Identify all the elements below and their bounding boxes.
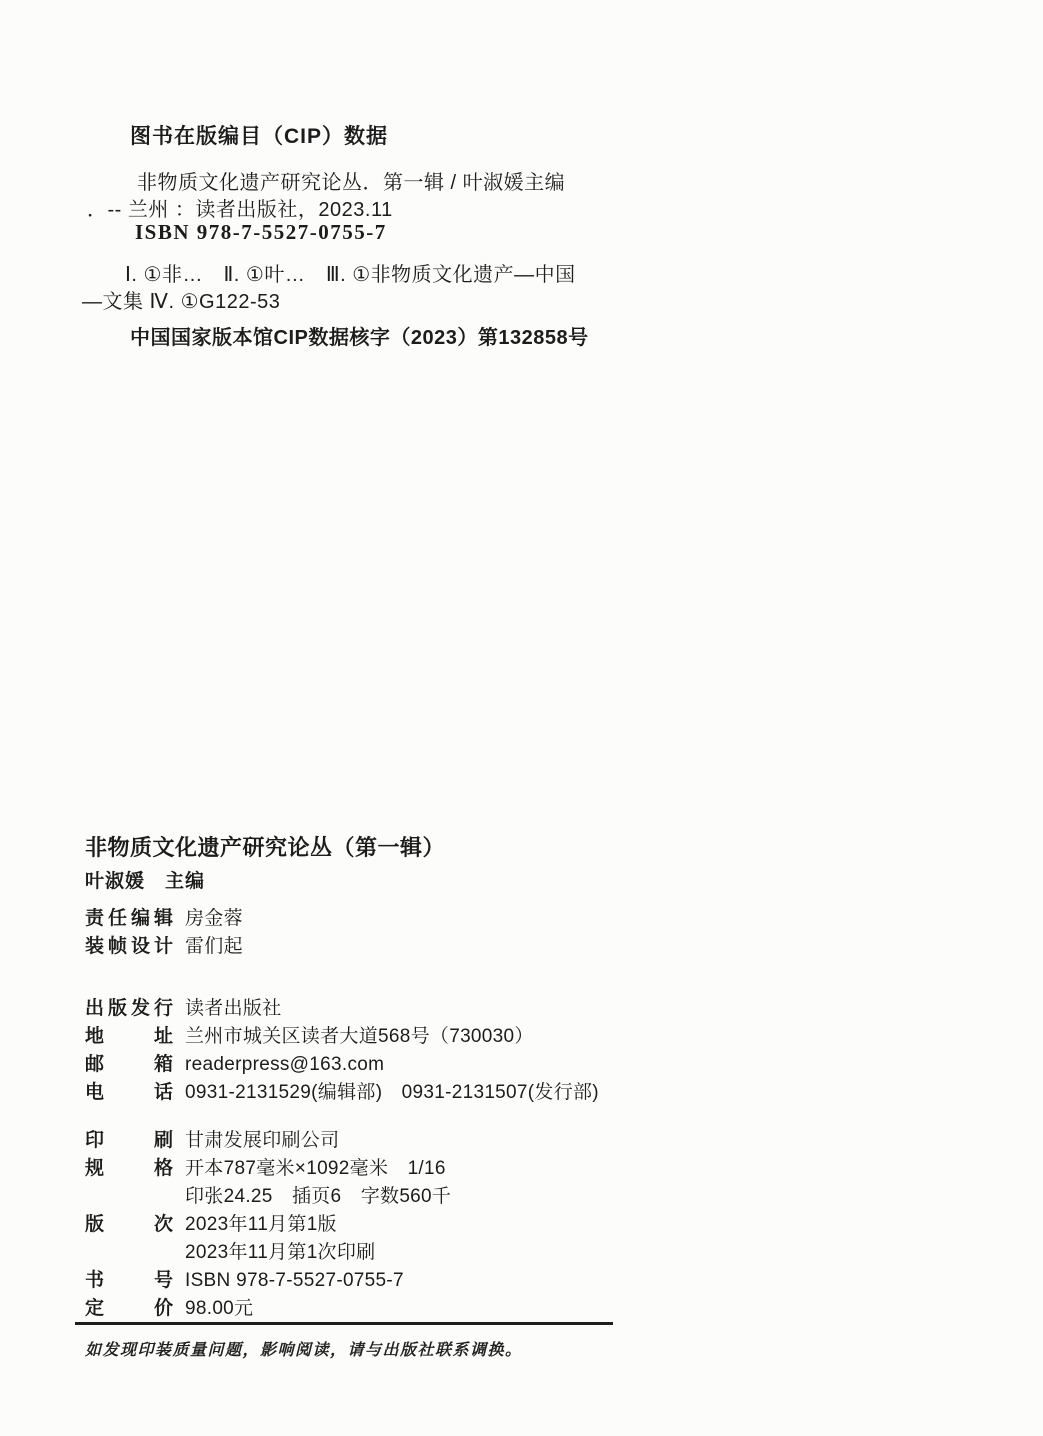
row-edition-cont: 2023年11月第1次印刷 <box>85 1239 945 1267</box>
row-phone: 电话0931-2131529(编辑部) 0931-2131507(发行部) <box>85 1079 945 1107</box>
row-value: 读者出版社 <box>185 998 282 1019</box>
print-quality-note: 如发现印装质量问题，影响阅读，请与出版社联系调换。 <box>85 1337 523 1360</box>
row-printer: 印刷甘肃发展印刷公司 <box>85 1127 945 1155</box>
cip-entry-line-2: ．-- 兰州 ：读者出版社，2023.11 <box>87 193 393 222</box>
row-format-cont: 印张24.25 插页6 字数560千 <box>85 1183 945 1211</box>
chief-editor-line: 叶淑媛 主编 <box>85 866 205 893</box>
row-value: 兰州市城关区读者大道568号（730030） <box>185 1026 534 1047</box>
row-label: 地址 <box>85 1023 173 1051</box>
row-value: 印张24.25 插页6 字数560千 <box>185 1186 451 1207</box>
row-label: 印刷 <box>85 1127 173 1155</box>
row-isbn: 书号ISBN 978-7-5527-0755-7 <box>85 1267 945 1295</box>
colophon-rows: 责任编辑房金蓉 装帧设计雷们起 出版发行读者出版社 地址兰州市城关区读者大道56… <box>85 905 945 1323</box>
row-binding-design: 装帧设计雷们起 <box>85 933 945 961</box>
row-value: readerpress@163.com <box>185 1054 384 1075</box>
row-value: 2023年11月第1次印刷 <box>185 1242 375 1263</box>
row-label: 出版发行 <box>85 995 173 1023</box>
footer-divider-rule <box>75 1322 613 1325</box>
row-responsible-editor: 责任编辑房金蓉 <box>85 905 945 933</box>
row-edition: 版次2023年11月第1版 <box>85 1211 945 1239</box>
book-title: 非物质文化遗产研究论丛（第一辑） <box>85 831 445 862</box>
row-value: 甘肃发展印刷公司 <box>185 1130 339 1151</box>
cip-isbn-line: ISBN 978-7-5527-0755-7 <box>135 220 387 245</box>
row-value: 房金蓉 <box>185 908 243 929</box>
row-address: 地址兰州市城关区读者大道568号（730030） <box>85 1023 945 1051</box>
row-email: 邮箱readerpress@163.com <box>85 1051 945 1079</box>
row-value: 开本787毫米×1092毫米 1/16 <box>185 1158 446 1179</box>
row-label: 装帧设计 <box>85 933 173 961</box>
cip-class-line-1: Ⅰ. ①非… Ⅱ. ①叶… Ⅲ. ①非物质文化遗产—中国 <box>125 258 576 287</box>
row-value: 2023年11月第1版 <box>185 1214 337 1235</box>
cip-heading: 图书在版编目（CIP）数据 <box>130 120 388 150</box>
cip-record-number: 中国国家版本馆CIP数据核字（2023）第132858号 <box>130 321 589 350</box>
row-label: 规格 <box>85 1155 173 1183</box>
row-label: 版次 <box>85 1211 173 1239</box>
cip-class-line-2: —文集 Ⅳ. ①G122-53 <box>82 285 280 314</box>
row-value: 雷们起 <box>185 936 243 957</box>
row-label: 定价 <box>85 1295 173 1323</box>
cip-entry-line-1: 非物质文化遗产研究论丛．第一辑 / 叶淑媛主编 <box>137 166 565 195</box>
copyright-page: 图书在版编目（CIP）数据 非物质文化遗产研究论丛．第一辑 / 叶淑媛主编 ．-… <box>0 0 1043 1436</box>
row-label: 责任编辑 <box>85 905 173 933</box>
row-label: 书号 <box>85 1267 173 1295</box>
row-price: 定价98.00元 <box>85 1295 945 1323</box>
row-label: 电话 <box>85 1079 173 1107</box>
row-value: ISBN 978-7-5527-0755-7 <box>185 1270 404 1291</box>
row-label: 邮箱 <box>85 1051 173 1079</box>
row-value: 98.00元 <box>185 1298 253 1319</box>
row-format: 规格开本787毫米×1092毫米 1/16 <box>85 1155 945 1183</box>
row-publisher: 出版发行读者出版社 <box>85 995 945 1023</box>
row-value: 0931-2131529(编辑部) 0931-2131507(发行部) <box>185 1082 599 1103</box>
